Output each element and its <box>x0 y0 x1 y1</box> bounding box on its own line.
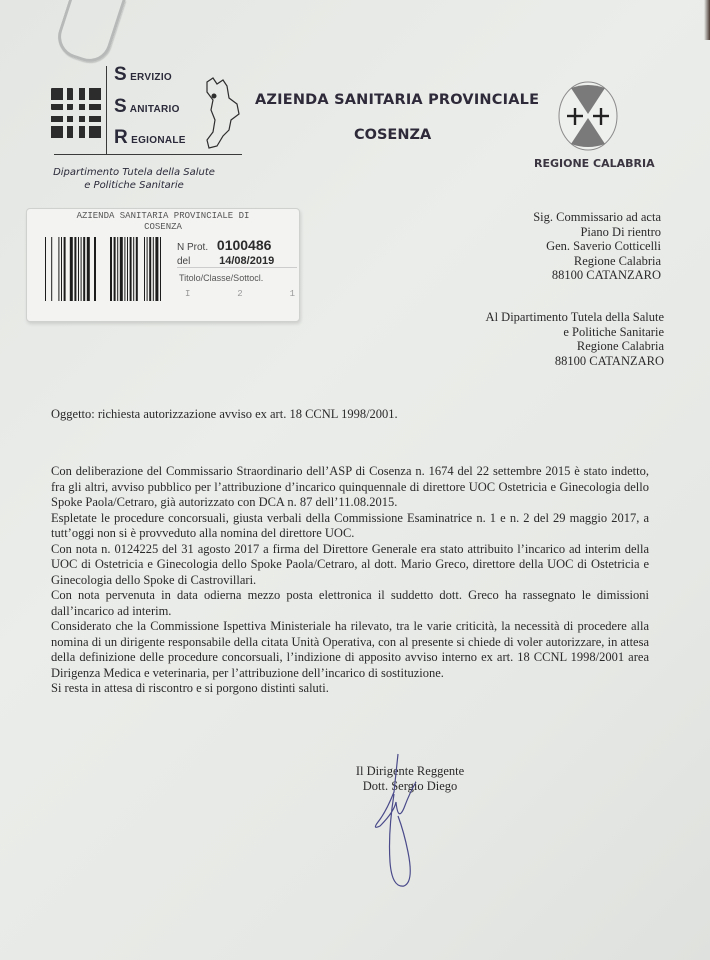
ssr-word-servizio: S ERVIZIO <box>114 64 172 86</box>
paperclip-icon <box>52 0 125 68</box>
protocol-label: AZIENDA SANITARIA PROVINCIALE DI COSENZA… <box>26 208 300 322</box>
protocol-date-row: del 14/08/2019 <box>177 255 274 267</box>
protocol-date: 14/08/2019 <box>219 255 274 267</box>
protocol-number: 0100486 <box>217 237 272 253</box>
label-separator <box>177 267 297 268</box>
letter-body: Con deliberazione del Commissario Straor… <box>51 464 649 697</box>
page-edge-shadow <box>704 0 710 40</box>
logo-divider-vertical <box>106 66 107 154</box>
body-paragraph: Si resta in attesa di riscontro e si por… <box>51 681 649 697</box>
classification-label: Titolo/Classe/Sottocl. <box>179 273 263 283</box>
handwritten-signature-icon <box>368 752 438 892</box>
ssr-word-regionale: R EGIONALE <box>114 127 186 149</box>
label-issuer: AZIENDA SANITARIA PROVINCIALE DI COSENZA <box>27 211 299 233</box>
barcode-icon <box>43 237 179 307</box>
body-paragraph: Con deliberazione del Commissario Straor… <box>51 464 649 511</box>
ssr-word-sanitario: S ANITARIO <box>114 96 180 118</box>
body-paragraph: Espletate le procedure concorsuali, gius… <box>51 511 649 542</box>
recipient-commissario: Sig. Commissario ad acta Piano Di rientr… <box>533 210 661 283</box>
department-name: Dipartimento Tutela della Salute e Polit… <box>44 166 224 192</box>
region-label: REGIONE CALABRIA <box>534 157 655 170</box>
body-paragraph: Con nota pervenuta in data odierna mezzo… <box>51 588 649 619</box>
body-paragraph: Con nota n. 0124225 del 31 agosto 2017 a… <box>51 542 649 589</box>
calabria-map-icon <box>203 76 243 150</box>
ssr-cross-logo-icon <box>51 88 101 138</box>
regione-calabria-emblem-icon <box>557 80 619 152</box>
logo-divider-horizontal <box>54 154 242 155</box>
body-paragraph: Considerato che la Commissione Ispettiva… <box>51 619 649 681</box>
classification-values: I 2 1 <box>185 289 295 299</box>
org-city: COSENZA <box>354 127 431 143</box>
org-title: AZIENDA SANITARIA PROVINCIALE <box>255 92 539 108</box>
protocol-number-row: N Prot. 0100486 <box>177 237 271 253</box>
recipient-dipartimento: Al Dipartimento Tutela della Salute e Po… <box>486 310 664 368</box>
subject-line: Oggetto: richiesta autorizzazione avviso… <box>51 407 398 422</box>
